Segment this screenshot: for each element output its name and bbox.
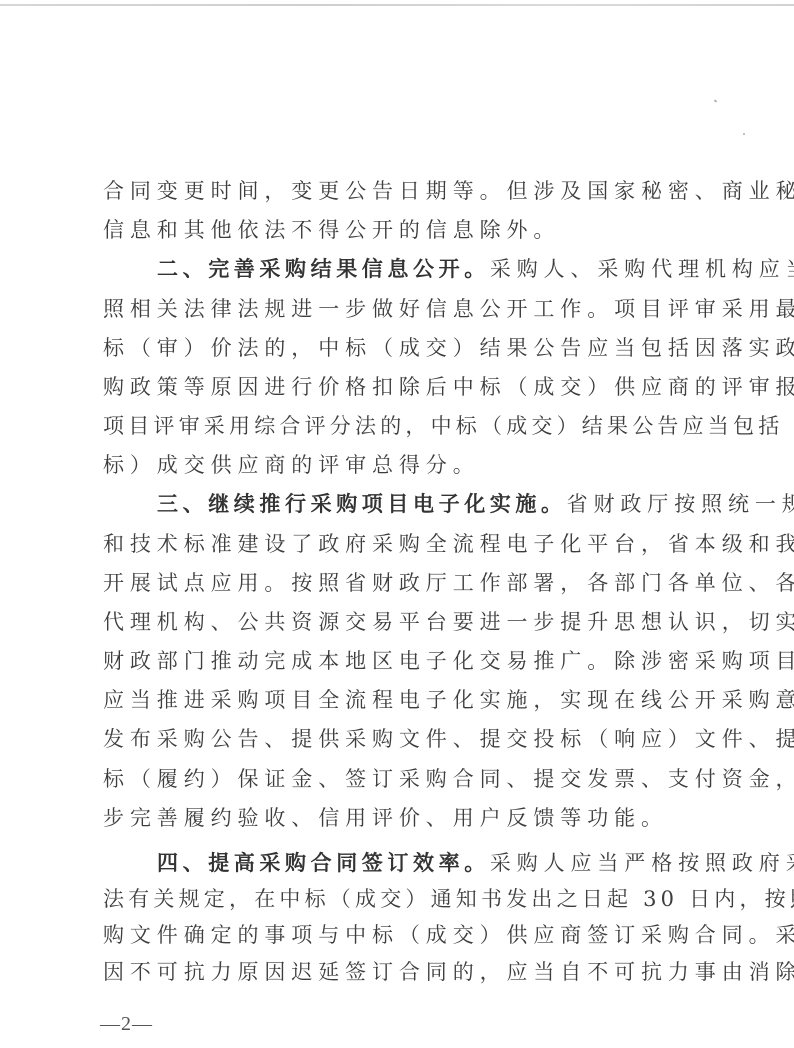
body-line: 法有关规定，在中标（成交）通知书发出之日起 30 日内，按照采 [103, 884, 794, 914]
body-line: 因不可抗力原因迟延签订合同的，应当自不可抗力事由消除之日 [103, 957, 794, 987]
body-line: 信息和其他依法不得公开的信息除外。 [103, 215, 560, 245]
page-number: —2— [100, 1011, 153, 1037]
scan-top-edge [0, 4, 794, 6]
body-line: 项目评审采用综合评分法的，中标（成交）结果公告应当包括（中 [103, 411, 794, 441]
scan-speck [714, 99, 718, 102]
body-line: 代理机构、公共资源交易平台要进一步提升思想认识，切实配合 [103, 607, 794, 637]
body-line: 购文件确定的事项与中标（成交）供应商签订采购合同。采购人 [103, 920, 794, 950]
body-line: 财政部门推动完成本地区电子化交易推广。除涉密采购项目外， [103, 646, 794, 676]
section-two-line: 二、完善采购结果信息公开。采购人、采购代理机构应当按 [103, 254, 794, 284]
body-text: 省财政厅按照统一规范 [567, 492, 794, 516]
body-line: 标）成交供应商的评审总得分。 [103, 450, 480, 480]
body-line: 购政策等原因进行价格扣除后中标（成交）供应商的评审报价； [103, 372, 794, 402]
body-line: 开展试点应用。按照省财政厅工作部署，各部门各单位、各采购 [103, 568, 794, 598]
body-line: 标（审）价法的，中标（成交）结果公告应当包括因落实政府采 [103, 333, 794, 363]
section-heading-two: 二、完善采购结果信息公开。 [157, 257, 490, 281]
section-heading-three: 三、继续推行采购项目电子化实施。 [157, 492, 567, 516]
section-four-line: 四、提高采购合同签订效率。采购人应当严格按照政府采购 [103, 848, 794, 878]
body-line: 照相关法律法规进一步做好信息公开工作。项目评审采用最低评 [103, 294, 794, 324]
body-line: 标（履约）保证金、签订采购合同、提交发票、支付资金，并逐 [103, 764, 794, 794]
body-line: 应当推进采购项目全流程电子化实施，实现在线公开采购意向、 [103, 685, 794, 715]
section-heading-four: 四、提高采购合同签订效率。 [157, 851, 490, 875]
body-text: 采购人应当严格按照政府采购 [490, 851, 794, 875]
body-line: 发布采购公告、提供采购文件、提交投标（响应）文件、提交投 [103, 724, 794, 754]
body-text: 采购人、采购代理机构应当按 [490, 257, 794, 281]
body-line: 和技术标准建设了政府采购全流程电子化平台，省本级和我市已 [103, 529, 794, 559]
body-line: 合同变更时间，变更公告日期等。但涉及国家秘密、商业秘密的 [103, 176, 794, 206]
scan-speck [743, 133, 745, 135]
body-line: 步完善履约验收、信用评价、用户反馈等功能。 [103, 803, 668, 833]
section-three-line: 三、继续推行采购项目电子化实施。省财政厅按照统一规范 [103, 489, 794, 519]
